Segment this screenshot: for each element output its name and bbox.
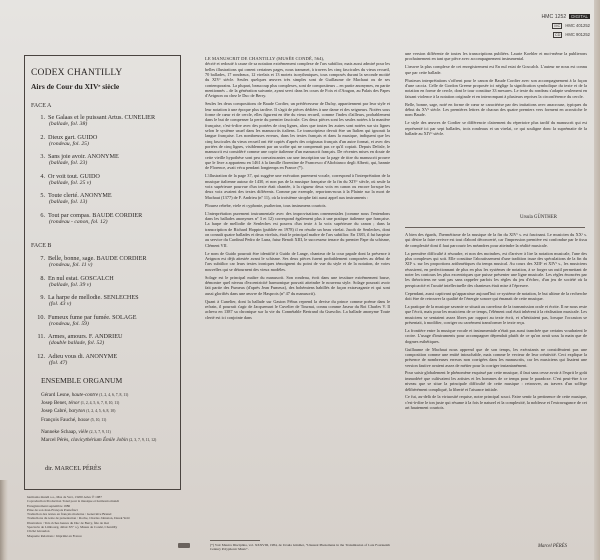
catalog-cassette: MCHMC 401252 [541, 23, 590, 29]
track-number: 12. [35, 353, 45, 360]
track-composer: CUNELIER [124, 114, 155, 121]
track-title: Sans joie avoir. [48, 153, 87, 160]
track-item: 11.Armes, amours. F. ANDRIEU(double ball… [35, 333, 122, 348]
track-composer: GUIDO [80, 173, 100, 180]
digital-badge: DIGITAL [569, 14, 590, 19]
article-peres: A bien des égards, l'hermétisme de la mu… [405, 232, 587, 413]
track-form: (rondeau, fol. 25) [35, 141, 97, 148]
footnote: (*) Voir Musica Disciplina, vol. XXXVIII… [210, 543, 390, 551]
tracklist-box: CODEX CHANTILLY Airs de Cour du XIVᵉ siè… [24, 55, 181, 490]
track-composer: SENLECHES [104, 294, 139, 301]
catalog-main: HMC 1252DIGITAL [541, 14, 590, 20]
paragraph: La pratique de la musique savante se sit… [405, 304, 587, 325]
cd-icon: CD [553, 32, 562, 38]
track-number: 5. [35, 192, 45, 199]
performer-tracks: (2, 3, 7, 9, 11, 12) [129, 438, 156, 442]
track-title: Armes, amours. [48, 333, 89, 340]
section-divider [405, 227, 585, 228]
track-number: 7. [35, 255, 45, 262]
label-logo-icon [178, 543, 190, 548]
performer-tracks: (1, 2, 4, 5, 6, 7, 8, 10, 11) [81, 401, 119, 405]
track-number: 11. [35, 333, 45, 340]
paragraph: La frontière entre la musique vocale et … [405, 328, 587, 344]
track-composer: BAUDE CORDIER [96, 255, 146, 262]
track-item: 7.Belle, bonne, sage. BAUDE CORDIER(rond… [35, 255, 147, 270]
performer-tracks: (2, 3, 7, 9, 11) [89, 430, 110, 434]
performer-name: François Fauché, [41, 417, 78, 423]
track-composer: ANONYME [87, 153, 119, 160]
track-form: (ballade, fol. 38) [35, 121, 155, 128]
track-composer: GOSCALCH [80, 275, 113, 282]
footnote-rule [210, 540, 260, 541]
album-back-cover: HMC 1252DIGITAL MCHMC 401252 CDHMC 90125… [0, 0, 600, 560]
paragraph: Plusieurs interprétations s'offrent pour… [405, 78, 587, 99]
track-title: La harpe de mellodie. [48, 294, 104, 301]
paragraph: A bien des égards, l'hermétisme de la mu… [405, 232, 587, 248]
paragraph: La première difficulté à résoudre, et no… [405, 251, 587, 288]
track-title: Toute clerté. [48, 192, 80, 199]
paragraph: Plourez rebebe, viele et cyphonie, psalt… [205, 203, 390, 208]
performer-name: Nanneke Schaap, [41, 429, 78, 435]
track-composer: F. ANDRIEU [89, 333, 123, 340]
track-form: (rondeau - canon, fol. 12) [35, 219, 142, 226]
track-number: 1. [35, 114, 45, 121]
track-number: 3. [35, 153, 45, 160]
paragraph: Le style des œuvres de Cordier se différ… [405, 120, 587, 136]
performer-role: vièle [78, 429, 89, 435]
paragraph: une version différente de toutes les tra… [405, 51, 587, 62]
paragraph: L'illustration de la page 37, qui suggèr… [205, 173, 390, 200]
paragraph: Ce fut, au-delà de la virtuosité requise… [405, 394, 587, 410]
performer-role: baryton [69, 408, 86, 414]
paragraph: Solage est le principal maître du manusc… [205, 275, 390, 296]
track-title: Adieu vous di. [48, 353, 85, 360]
track-item: 5.Toute clerté. ANONYME(ballade, fol. 13… [35, 192, 112, 207]
performer-item: Josep Cabré, baryton (1, 2, 4, 5, 6, 8, … [41, 408, 115, 414]
performer-role: haute-contre [72, 392, 100, 398]
track-title: Se Galaas et le puissant Artus. [48, 114, 124, 121]
performer-name: Marcel Pérès, [41, 437, 71, 443]
ensemble-name: ENSEMBLE ORGANUM [41, 376, 122, 385]
article-manuscript: LE MANUSCRIT DE CHANTILLY (MUSÉE CONDÉ, … [205, 56, 390, 323]
paragraph: décrié et redouté à cause de sa notation… [205, 61, 390, 98]
paragraph: Seules les deux compositions de Baude Co… [205, 101, 390, 170]
track-composer: ANONYME [80, 192, 112, 199]
track-composer: BAUDE CORDIER [92, 212, 142, 219]
track-number: 4. [35, 173, 45, 180]
track-title: En nul estat. [48, 275, 80, 282]
performer-item: François Fauché, basse (5, 10, 11) [41, 417, 106, 423]
performer-item: Josep Benet, ténor (1, 2, 4, 5, 6, 7, 8,… [41, 400, 119, 406]
performer-item: Marcel Pérès, clavicythérium Émile Jobin… [41, 437, 156, 443]
track-item: 2.Dieux gart. GUIDO(rondeau, fol. 25) [35, 134, 97, 149]
paragraph: Cependant, aussi captivant qu'apparaisse… [405, 291, 587, 302]
track-number: 6. [35, 212, 45, 219]
performer-name: Gérard Lesne, [41, 392, 72, 398]
performer-role: basse [78, 417, 91, 423]
track-item: 9.La harpe de mellodie. SENLECHES(fol. 4… [35, 294, 139, 309]
track-number: 2. [35, 134, 45, 141]
paragraph: Quant à Cunelier, dont la ballade sur Ga… [205, 299, 390, 320]
performer-name: Josep Cabré, [41, 408, 69, 414]
album-subtitle: Airs de Cour du XIVᵉ siècle [31, 82, 119, 91]
track-number: 10. [35, 314, 45, 321]
track-form: (rondeau, fol. 59) [35, 321, 137, 328]
performer-tracks: (5, 10, 11) [91, 418, 107, 422]
track-form: (double ballade, fol. 52) [35, 340, 122, 347]
track-item: 8.En nul estat. GOSCALCH(ballade, fol. 3… [35, 275, 114, 290]
track-item: 3.Sans joie avoir. ANONYME(ballade, fol.… [35, 153, 119, 168]
track-composer: SOLAGE [112, 314, 136, 321]
credit-line: Maquette Relations : Imprimé en France [27, 534, 187, 538]
track-form: (ballade, fol. 13) [35, 199, 112, 206]
sleeve-edge [594, 0, 600, 560]
track-form: (fol. 43 v) [35, 301, 139, 308]
album-title: CODEX CHANTILLY [31, 68, 123, 78]
paragraph: L'œuvre la plus complexe de cet enregist… [405, 64, 587, 75]
track-title: Dieux gart. [48, 134, 77, 141]
track-composer: GUIDO [77, 134, 97, 141]
track-composer: ANONYME [85, 353, 117, 360]
article-gunther: une version différente de toutes les tra… [405, 51, 587, 139]
paragraph: L'interprétation purement instrumentale … [205, 211, 390, 248]
track-number: 9. [35, 294, 45, 301]
performer-item: Gérard Lesne, haute-contre (1, 2, 4, 6, … [41, 392, 128, 398]
track-title: Or voit tout. [48, 173, 80, 180]
performer-role: clavicythérium Émile Jobin [71, 437, 129, 443]
performer-name: Josep Benet, [41, 400, 69, 406]
sleeve-shadow [0, 480, 8, 560]
face-b-label: FACE B [31, 243, 51, 249]
catalog-cd: CDHMC 901252 [541, 32, 590, 38]
production-credits: harmonia mundi s.a., Mas de Vert, 13200 … [27, 495, 187, 538]
paragraph: Belle, bonne, sage, noté en forme de cœu… [405, 102, 587, 118]
performer-role: ténor [69, 400, 81, 406]
track-item: 1.Se Galaas et le puissant Artus. CUNELI… [35, 114, 155, 129]
track-item: 10.Fumeux fume par fumée. SOLAGE(rondeau… [35, 314, 137, 329]
track-number: 8. [35, 275, 45, 282]
paragraph: Pour saisir globalement le phénomène esq… [405, 370, 587, 391]
track-form: (ballade, fol. 23) [35, 160, 119, 167]
catalog-numbers: HMC 1252DIGITAL MCHMC 401252 CDHMC 90125… [541, 14, 590, 38]
track-form: (fol. 47) [35, 360, 117, 367]
signature-peres: Marcel PÉRÈS [538, 544, 567, 549]
track-title: Tout par compas. [48, 212, 92, 219]
track-item: 12.Adieu vous di. ANONYME(fol. 47) [35, 353, 117, 368]
face-a-label: FACE A [31, 103, 51, 109]
track-title: Fumeux fume par fumée. [48, 314, 112, 321]
track-form: (ballade, fol. 25 v) [35, 180, 100, 187]
track-form: (ballade, fol. 39 v) [35, 282, 114, 289]
track-title: Belle, bonne, sage. [48, 255, 96, 262]
cassette-icon: MC [552, 23, 562, 29]
paragraph: Guillaume de Machaut nous apprend que de… [405, 347, 587, 368]
performer-tracks: (1, 2, 4, 6, 7, 8, 11) [99, 393, 128, 397]
performer-item: Nanneke Schaap, vièle (2, 3, 7, 9, 11) [41, 429, 111, 435]
track-form: (rondeau, fol. 11 v) [35, 262, 147, 269]
paragraph: Le nom de Guido pourrait être identifié … [205, 251, 390, 272]
track-item: 6.Tout par compas. BAUDE CORDIER(rondeau… [35, 212, 142, 227]
signature-gunther: Ursula GÜNTHER [520, 215, 557, 220]
track-item: 4.Or voit tout. GUIDO(ballade, fol. 25 v… [35, 173, 100, 188]
director: dir. MARCEL PÉRÈS [45, 465, 101, 472]
performer-tracks: (1, 2, 4, 5, 6, 8, 10) [86, 409, 115, 413]
